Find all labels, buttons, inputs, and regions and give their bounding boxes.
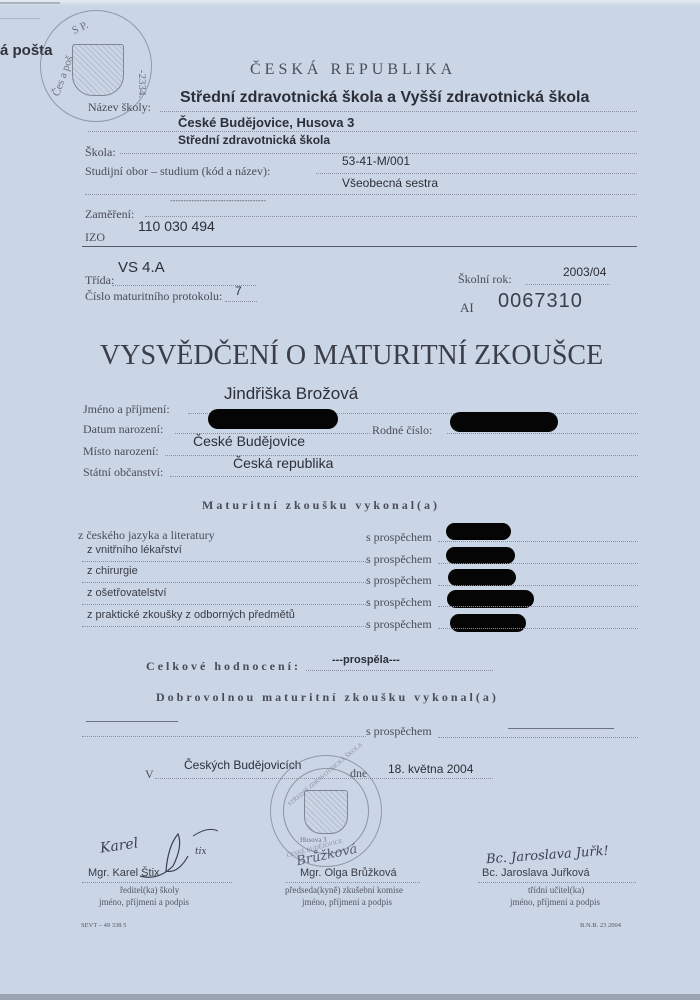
subject-grade-redacted bbox=[446, 547, 515, 564]
place-value: Českých Budějovicích bbox=[184, 758, 301, 772]
signatory-role: třídní učitel(ka) bbox=[528, 885, 584, 895]
dotted-line bbox=[82, 582, 366, 583]
serial-prefix: AI bbox=[460, 300, 474, 316]
subject-name: z českého jazyka a literatury bbox=[78, 528, 215, 543]
subject-name: z vnitřního lékařství bbox=[87, 544, 182, 556]
dotted-line bbox=[170, 476, 638, 477]
skolni-rok-value: 2003/04 bbox=[563, 265, 606, 279]
birthplace-label: Místo narození: bbox=[83, 444, 159, 459]
dotted-line bbox=[82, 561, 366, 562]
skolni-rok-label: Školní rok: bbox=[458, 272, 512, 287]
overall-label: Celkové hodnocení: bbox=[146, 659, 301, 674]
school-name-line2: České Budějovice, Husova 3 bbox=[178, 115, 354, 130]
dotted-line bbox=[145, 216, 637, 217]
obor-name: Všeobecná sestra bbox=[342, 176, 438, 190]
footer-print-code: B.N.B. 23 2004 bbox=[580, 922, 621, 929]
signature-handwriting: Karel bbox=[99, 835, 139, 856]
rodne-cislo-label: Rodné číslo: bbox=[372, 423, 432, 438]
person-name-value: Jindřiška Brožová bbox=[224, 384, 358, 404]
subject-name: z ošetřovatelství bbox=[87, 587, 166, 599]
dotted-line bbox=[82, 736, 366, 737]
country-heading: ČESKÁ REPUBLIKA bbox=[250, 61, 456, 79]
subject-result-label: s prospěchem bbox=[366, 595, 432, 610]
voluntary-result-label: s prospěchem bbox=[366, 724, 432, 739]
subject-grade-redacted bbox=[450, 614, 526, 632]
subject-result-label: s prospěchem bbox=[366, 530, 432, 545]
protokol-value: 7 bbox=[235, 284, 242, 298]
dotted-line bbox=[438, 563, 638, 564]
dotted-line bbox=[447, 433, 638, 434]
scan-left-line bbox=[0, 18, 40, 19]
post-stamp-number: -2334. bbox=[136, 70, 148, 98]
dotted-line bbox=[438, 541, 638, 542]
dotted-line bbox=[160, 111, 637, 112]
signatory-name: Mgr. Olga Brůžková bbox=[300, 867, 397, 879]
scan-top-line bbox=[0, 2, 60, 4]
person-name-label: Jméno a příjmení: bbox=[83, 402, 170, 417]
subject-result-label: s prospěchem bbox=[366, 573, 432, 588]
signature-handwriting: Bc. Jaroslava Juřk! bbox=[486, 844, 610, 868]
subject-result-label: s prospěchem bbox=[366, 552, 432, 567]
izo-label: IZO bbox=[85, 230, 105, 245]
izo-value: 110 030 494 bbox=[138, 218, 215, 234]
skola-label: Škola: bbox=[85, 145, 116, 160]
date-value: 18. května 2004 bbox=[388, 762, 473, 776]
dotted-line bbox=[225, 301, 257, 302]
school-name-line1: Střední zdravotnická škola a Vyšší zdrav… bbox=[180, 89, 589, 107]
dotted-line bbox=[478, 882, 636, 883]
signatory-name: Bc. Jaroslava Juřková bbox=[482, 867, 590, 879]
dotted-line bbox=[306, 670, 493, 671]
dotted-line bbox=[82, 882, 232, 883]
dotted-line bbox=[82, 626, 366, 627]
subject-result-label: s prospěchem bbox=[366, 617, 432, 632]
subject-grade-redacted bbox=[446, 523, 511, 540]
trida-value: VS 4.A bbox=[118, 259, 165, 276]
dotted-line bbox=[82, 604, 366, 605]
dotted-line bbox=[525, 284, 610, 285]
obor-code: 53-41-M/001 bbox=[342, 154, 410, 168]
signatory-role: předseda(kyně) zkušební komise bbox=[285, 885, 403, 895]
signatory-role: ředitel(ka) školy bbox=[120, 885, 179, 895]
voluntary-heading: Dobrovolnou maturitní zkoušku vykonal(a) bbox=[156, 690, 499, 705]
dotted-line bbox=[438, 628, 638, 629]
birth-date-label: Datum narození: bbox=[83, 422, 163, 437]
exams-heading: Maturitní zkoušku vykonal(a) bbox=[202, 498, 440, 513]
birth-date-redacted bbox=[208, 409, 338, 429]
blank-strike-line bbox=[86, 721, 178, 722]
citizenship-value: Česká republika bbox=[233, 455, 333, 471]
zamereni-label: Zaměření: bbox=[85, 207, 134, 222]
obor-label: Studijní obor – studium (kód a název): bbox=[85, 164, 270, 179]
dotted-line bbox=[438, 585, 638, 586]
subject-name: z chirurgie bbox=[87, 565, 138, 577]
lion-emblem-icon bbox=[304, 790, 348, 834]
skola-value: Střední zdravotnická škola bbox=[178, 133, 330, 147]
lion-emblem-icon bbox=[72, 44, 124, 96]
scan-bottom-edge bbox=[0, 994, 700, 1000]
signatory-caption: jméno, příjmení a podpis bbox=[302, 897, 392, 907]
signatory-name: Mgr. Karel Štix bbox=[88, 867, 160, 879]
subject-name: z praktické zkoušky z odborných předmětů bbox=[87, 609, 295, 621]
dotted-line bbox=[88, 131, 637, 132]
signatory-caption: jméno, příjmení a podpis bbox=[510, 897, 600, 907]
citizenship-label: Státní občanství: bbox=[83, 465, 163, 480]
dotted-line bbox=[85, 194, 637, 195]
dotted-line bbox=[316, 173, 637, 174]
svg-text:tix: tix bbox=[195, 847, 207, 857]
signatory-caption: jméno, příjmení a podpis bbox=[99, 897, 189, 907]
subject-grade-redacted bbox=[448, 569, 516, 586]
dotted-line bbox=[285, 882, 420, 883]
certificate-page: á pošta S P. -2334. Čes a poš ČESKÁ REPU… bbox=[0, 0, 700, 1000]
scan-top-edge bbox=[0, 0, 700, 6]
dotted-line bbox=[438, 737, 638, 738]
birthplace-value: České Budějovice bbox=[193, 433, 305, 449]
overall-value: ---prospěla--- bbox=[332, 654, 400, 666]
zamereni-value: ------------------------------------ bbox=[170, 196, 266, 205]
protokol-label: Číslo maturitního protokolu: bbox=[85, 289, 222, 304]
blank-strike-line bbox=[508, 728, 614, 729]
v-label: V bbox=[145, 767, 154, 782]
dotted-line bbox=[438, 606, 638, 607]
separator-line bbox=[82, 246, 637, 247]
trida-label: Třída: bbox=[85, 273, 114, 288]
school-name-label: Název školy: bbox=[88, 100, 151, 115]
rodne-cislo-redacted bbox=[450, 412, 558, 432]
serial-number: 0067310 bbox=[498, 290, 583, 313]
footer-form-code: SEVT – 49 338 5 bbox=[81, 922, 126, 929]
document-title: VYSVĚDČENÍ O MATURITNÍ ZKOUŠCE bbox=[100, 340, 603, 372]
